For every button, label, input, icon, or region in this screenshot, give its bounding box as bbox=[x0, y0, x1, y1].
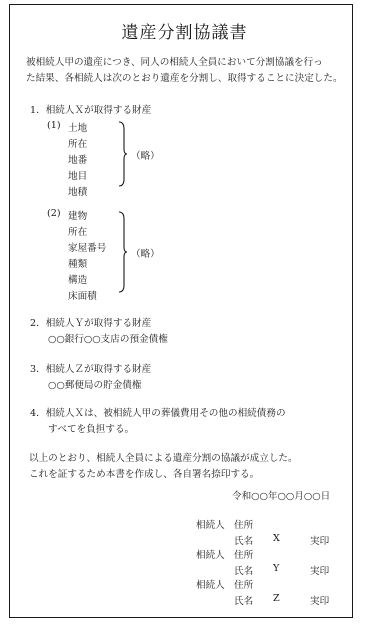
group-1-item: 地積 bbox=[68, 184, 87, 198]
signature-seal: 実印 bbox=[310, 533, 329, 547]
signature-name: Z bbox=[273, 593, 280, 604]
group-1-item: 所在 bbox=[68, 136, 87, 150]
right-brace-icon bbox=[118, 211, 126, 293]
document-frame bbox=[9, 4, 353, 618]
signature-seal: 実印 bbox=[310, 593, 329, 607]
closing-line-2: これを証するため本書を作成し、各自署名捺印する。 bbox=[29, 466, 259, 483]
signature-address-label: 住所 bbox=[234, 547, 253, 561]
group-1-note: （略） bbox=[131, 148, 160, 162]
group-2-item: 種類 bbox=[68, 256, 87, 270]
signature-name: X bbox=[273, 533, 280, 544]
group-2-note: （略） bbox=[131, 246, 160, 260]
section-3-heading: 3．相続人Ｚが取得する財産 bbox=[30, 361, 151, 375]
section-2-line: ○○銀行○○支店の預金債権 bbox=[48, 331, 168, 345]
document-title: 遺産分割協議書 bbox=[0, 18, 369, 43]
group-2-item: 所在 bbox=[68, 224, 87, 238]
section-3-line: ○○郵便局の貯金債権 bbox=[48, 377, 142, 391]
signature-name-label: 氏名 bbox=[234, 593, 253, 607]
group-1-item: 地目 bbox=[68, 168, 87, 182]
group-1-item: 地番 bbox=[68, 152, 87, 166]
signature-name-label: 氏名 bbox=[234, 533, 253, 547]
signature-seal: 実印 bbox=[310, 563, 329, 577]
section-1-heading: 1．相続人Ｘが取得する財産 bbox=[30, 102, 151, 116]
group-2-item: 床面積 bbox=[68, 288, 97, 302]
right-brace-icon bbox=[118, 121, 126, 187]
signature-role: 相続人 bbox=[196, 517, 225, 531]
section-4-heading: 4．相続人Ｘは、被相続人甲の葬儀費用その他の相続債務の bbox=[30, 405, 286, 419]
group-2-item: 構造 bbox=[68, 272, 87, 286]
signature-name-label: 氏名 bbox=[234, 563, 253, 577]
group-1-number: (1) bbox=[47, 120, 61, 131]
document-date: 令和○○年○○月○○日 bbox=[232, 488, 330, 502]
signature-name: Y bbox=[273, 563, 279, 574]
signature-role: 相続人 bbox=[196, 547, 225, 561]
intro-line-2: た結果、各相続人は次のとおり遺産を分割し、取得することに決定した。 bbox=[26, 70, 343, 87]
group-2-item: 建物 bbox=[68, 208, 87, 222]
signature-role: 相続人 bbox=[196, 577, 225, 591]
group-1-item: 土地 bbox=[68, 120, 87, 134]
signature-address-label: 住所 bbox=[234, 577, 253, 591]
group-2-number: (2) bbox=[47, 208, 61, 219]
section-4-line: すべてを負担する。 bbox=[48, 421, 134, 435]
section-2-heading: 2．相続人Ｙが取得する財産 bbox=[30, 315, 151, 329]
signature-address-label: 住所 bbox=[234, 517, 253, 531]
group-2-item: 家屋番号 bbox=[68, 240, 106, 254]
intro-line-1: 被相続人甲の遺産につき、同人の相続人全員において分割協議を行っ bbox=[26, 54, 323, 71]
closing-line-1: 以上のとおり、相続人全員による遺産分割の協議が成立した。 bbox=[29, 450, 298, 467]
